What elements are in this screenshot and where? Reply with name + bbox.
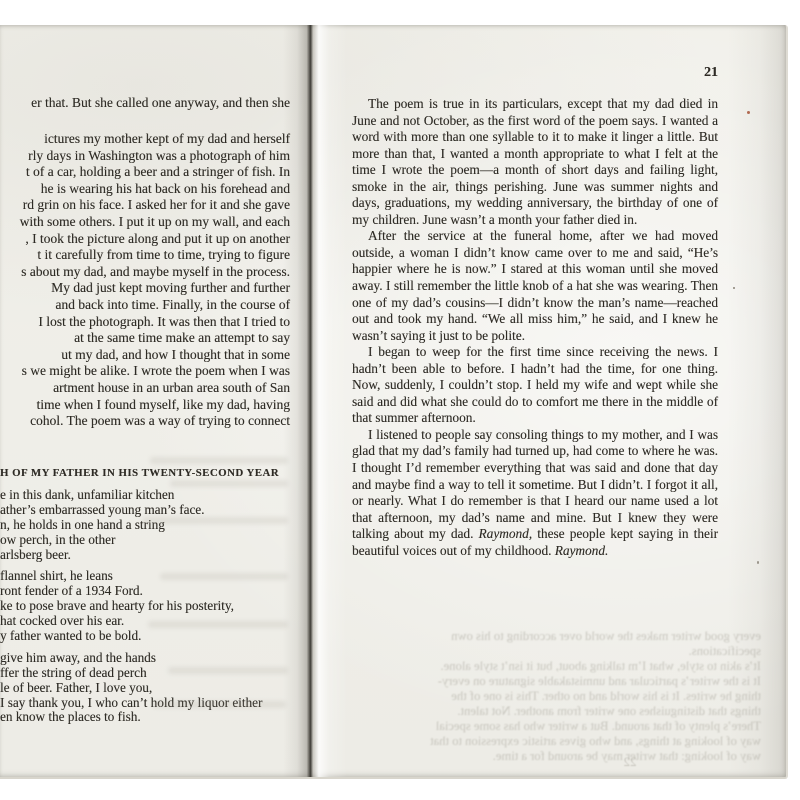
left-prose-line: with some others. I put it up on my wall… [0,214,290,231]
poem-line: ront fender of a 1934 Ford. [0,584,290,599]
left-page-prose: ictures my mother kept of my dad and her… [0,131,290,430]
left-prose-line: and back into time. Finally, in the cour… [0,297,290,314]
left-prose-line: , I took the picture along and put it up… [0,231,290,248]
paper-speck [733,287,735,289]
showthrough-page-number: 22 [560,754,700,770]
ghost-line: things that distinguishes one writer fro… [383,704,761,719]
right-page-text: The poem is true in its particulars, exc… [352,96,718,559]
book-spread: er that. But she called one anyway, and … [0,25,788,779]
essay-paragraph: After the service at the funeral home, a… [352,228,718,344]
poem-line: y father wanted to be bold. [0,629,290,644]
page-number: 21 [352,65,718,81]
ghost-line: thing he writes. It is his world and no … [383,689,761,704]
paper-speck [747,111,750,114]
poem-title-heading: H OF MY FATHER IN HIS TWENTY-SECOND YEAR [0,467,300,479]
poem-stanza: flannel shirt, he leans ront fender of a… [0,569,290,643]
left-prose-line: t it carefully from time to time, trying… [0,247,290,264]
poem-line: e in this dank, unfamiliar kitchen [0,488,290,503]
left-prose-line: he is wearing his hat back on his forehe… [0,181,290,198]
left-prose-line: My dad just kept moving further and furt… [0,280,290,297]
left-prose-line: artment house in an urban area south of … [0,380,290,397]
ghost-line: It is the writer’s particular and unmist… [383,674,761,689]
left-prose-line: ictures my mother kept of my dad and her… [0,131,290,148]
poem-line: le of beer. Father, I love you, [0,681,290,696]
left-prose-line: cohol. The poem was a way of trying to c… [0,413,290,430]
paragraph-text: I listened to people say consoling thing… [352,427,718,541]
showthrough-text: every good writer makes the world over a… [383,629,761,764]
left-page-intro-line: er that. But she called one anyway, and … [0,95,290,112]
ghost-line: way of looking at things, and who gives … [383,734,761,749]
showthrough-smudge [142,517,288,524]
poem-stanza: e in this dank, unfamiliar kitchen ather… [0,488,290,562]
poem-line: give him away, and the hands [0,651,290,666]
left-prose-line: rd grin on his face. I asked her for it … [0,197,290,214]
left-prose-line: time when I found myself, like my dad, h… [0,397,290,414]
ghost-line: It’s akin to style, what I’m talking abo… [383,659,761,674]
book-scan: er that. But she called one anyway, and … [0,0,800,800]
essay-paragraph: I listened to people say consoling thing… [352,427,718,559]
paper-speck [757,561,759,564]
poem-stanza: give him away, and the hands ffer the st… [0,651,290,725]
poem-line: ather’s embarrassed young man’s face. [0,503,290,518]
poem-line: arlsberg beer. [0,548,290,563]
essay-paragraph: I began to weep for the first time since… [352,344,718,427]
italic-name: Raymond. [555,543,609,558]
poem-line: ke to pose brave and hearty for his post… [0,599,290,614]
poem-line: en know the places to fish. [0,710,290,725]
left-prose-line: ut my dad, and how I thought that in som… [0,347,290,364]
left-prose-line: s about my dad, and maybe myself in the … [0,264,290,281]
left-prose-line: t of a car, holding a beer and a stringe… [0,164,290,181]
left-page-poem: e in this dank, unfamiliar kitchen ather… [0,488,290,732]
showthrough-smudge [170,480,288,487]
showthrough-smudge [152,701,286,708]
showthrough-smudge [168,667,288,674]
page-gutter-shadow [283,25,347,777]
left-prose-line: rly days in Washington was a photograph … [0,148,290,165]
left-prose-line: s we might be alike. I wrote the poem wh… [0,363,290,380]
ghost-line: specifications. [383,644,761,659]
ghost-line: There’s plenty of that around. But a wri… [383,719,761,734]
showthrough-smudge [160,573,288,580]
italic-name: Raymond, [479,526,533,541]
essay-paragraph: The poem is true in its particulars, exc… [352,96,718,228]
poem-line: ow perch, in the other [0,533,290,548]
ghost-line: every good writer makes the world over a… [383,629,761,644]
left-prose-line: at the same time make an attempt to say [0,330,290,347]
left-prose-line: I lost the photograph. It was then that … [0,314,290,331]
showthrough-smudge [148,621,288,628]
showthrough-smudge [150,457,288,464]
